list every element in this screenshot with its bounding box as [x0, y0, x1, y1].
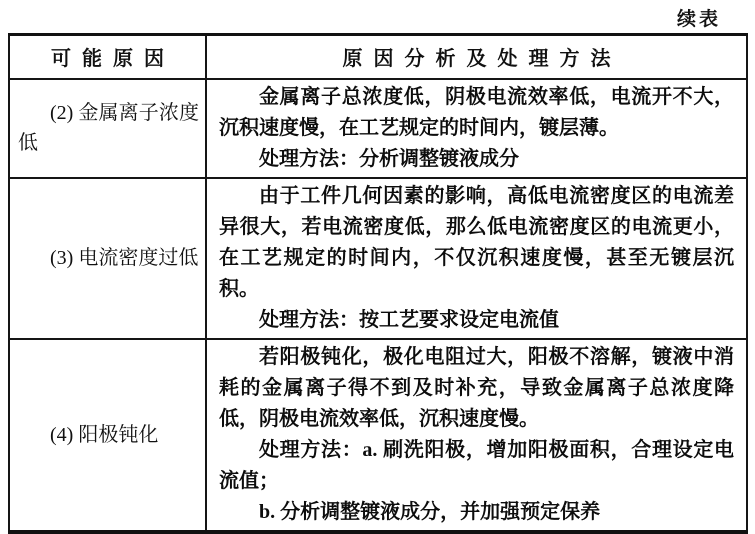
method-text: 按工艺要求设定电流值	[359, 309, 559, 331]
table-header-row: 可能原因 原因分析及处理方法	[9, 35, 747, 79]
cause-text: (2) 金属离子浓度低	[18, 98, 199, 158]
analysis-paragraph: 若阳极钝化，极化电阻过大，阳极不溶解，镀液中消耗的金属离子得不到及时补充，导致金…	[219, 342, 734, 435]
cause-text: (3) 电流密度过低	[18, 243, 199, 273]
table-row: (2) 金属离子浓度低 金属离子总浓度低，阴极电流效率低，电流开不大，沉积速度慢…	[9, 79, 747, 178]
cause-analysis-table: 可能原因 原因分析及处理方法 (2) 金属离子浓度低 金属离子总浓度低，阴极电流…	[8, 33, 748, 534]
method-text: 分析调整镀液成分	[359, 148, 519, 170]
treatment-paragraph: 处理方法：分析调整镀液成分	[219, 144, 734, 175]
cause-cell-3: (3) 电流密度过低	[9, 178, 206, 339]
analysis-text: 由于工件几何因素的影响，高低电流密度区的电流差异很大，若电流密度低，那么低电流密…	[219, 185, 734, 300]
treatment-paragraph: 处理方法：按工艺要求设定电流值	[219, 305, 734, 336]
analysis-text: 金属离子总浓度低，阴极电流效率低，电流开不大，沉积速度慢，在工艺规定的时间内，镀…	[219, 86, 734, 139]
table-row: (3) 电流密度过低 由于工件几何因素的影响，高低电流密度区的电流差异很大，若电…	[9, 178, 747, 339]
cause-cell-4: (4) 阳极钝化	[9, 339, 206, 532]
treatment-paragraph-b: b. 分析调整镀液成分，并加强预定保养	[219, 497, 734, 528]
header-analysis-treatment: 原因分析及处理方法	[206, 35, 747, 79]
header-possible-cause: 可能原因	[9, 35, 206, 79]
table-row: (4) 阳极钝化 若阳极钝化，极化电阻过大，阳极不溶解，镀液中消耗的金属离子得不…	[9, 339, 747, 532]
document-page: 续表 可能原因 原因分析及处理方法 (2) 金属离子浓度低 金属离子总浓度低，阴…	[0, 0, 755, 534]
cause-cell-2: (2) 金属离子浓度低	[9, 79, 206, 178]
method-label: 处理方法：	[259, 148, 359, 170]
analysis-cell-4: 若阳极钝化，极化电阻过大，阳极不溶解，镀液中消耗的金属离子得不到及时补充，导致金…	[206, 339, 747, 532]
continued-table-label: 续表	[677, 4, 721, 31]
analysis-cell-3: 由于工件几何因素的影响，高低电流密度区的电流差异很大，若电流密度低，那么低电流密…	[206, 178, 747, 339]
treatment-paragraph-a: 处理方法：a. 刷洗阳极，增加阳极面积，合理设定电流值；	[219, 435, 734, 497]
method-label: 处理方法：	[259, 309, 359, 331]
analysis-cell-2: 金属离子总浓度低，阴极电流效率低，电流开不大，沉积速度慢，在工艺规定的时间内，镀…	[206, 79, 747, 178]
analysis-text: 若阳极钝化，极化电阻过大，阳极不溶解，镀液中消耗的金属离子得不到及时补充，导致金…	[219, 346, 734, 430]
analysis-paragraph: 金属离子总浓度低，阴极电流效率低，电流开不大，沉积速度慢，在工艺规定的时间内，镀…	[219, 82, 734, 144]
analysis-paragraph: 由于工件几何因素的影响，高低电流密度区的电流差异很大，若电流密度低，那么低电流密…	[219, 181, 734, 305]
method-text-b: b. 分析调整镀液成分，并加强预定保养	[259, 501, 600, 523]
method-label: 处理方法：	[259, 439, 362, 461]
cause-text: (4) 阳极钝化	[18, 420, 199, 450]
